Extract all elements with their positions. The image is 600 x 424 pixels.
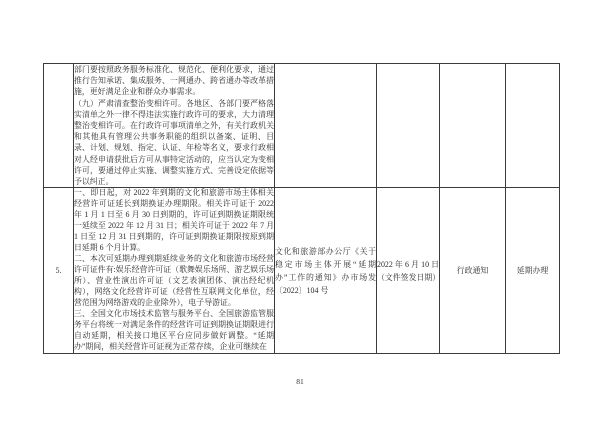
document-type-cell: [440, 64, 506, 188]
row-number-cell: [44, 64, 74, 188]
row-number-cell: 5.: [44, 188, 74, 354]
category-cell: 延期办理: [506, 188, 560, 354]
document-page: 部门要按照政务服务标准化、规范化、便利化要求，通过推行告知承诺、集成服务、一网通…: [0, 0, 600, 424]
issue-date-cell: 2022 年 6 月 10 日（文件签发日期）: [377, 188, 440, 354]
table-row: 部门要按照政务服务标准化、规范化、便利化要求，通过推行告知承诺、集成服务、一网通…: [44, 64, 560, 188]
document-title-cell: [275, 64, 377, 188]
issue-date-cell: [377, 64, 440, 188]
category-cell: [506, 64, 560, 188]
measure-content-cell: 部门要按照政务服务标准化、规范化、便利化要求，通过推行告知承诺、集成服务、一网通…: [74, 64, 275, 188]
document-type-cell: 行政通知: [440, 188, 506, 354]
page-number: 81: [0, 377, 600, 386]
table-row: 5. 一、即日起，对 2022 年到期的文化和旅游市场主体相关经营许可证延长到期…: [44, 188, 560, 354]
policy-items-table: 部门要按照政务服务标准化、规范化、便利化要求，通过推行告知承诺、集成服务、一网通…: [43, 63, 560, 354]
measure-content-cell: 一、即日起，对 2022 年到期的文化和旅游市场主体相关经营许可证延长到期换证办…: [74, 188, 275, 354]
document-title-cell: 文化和旅游部办公厅《关于稳定市场主体开展“延期办”工作的通知》办市场发〔2022…: [275, 188, 377, 354]
